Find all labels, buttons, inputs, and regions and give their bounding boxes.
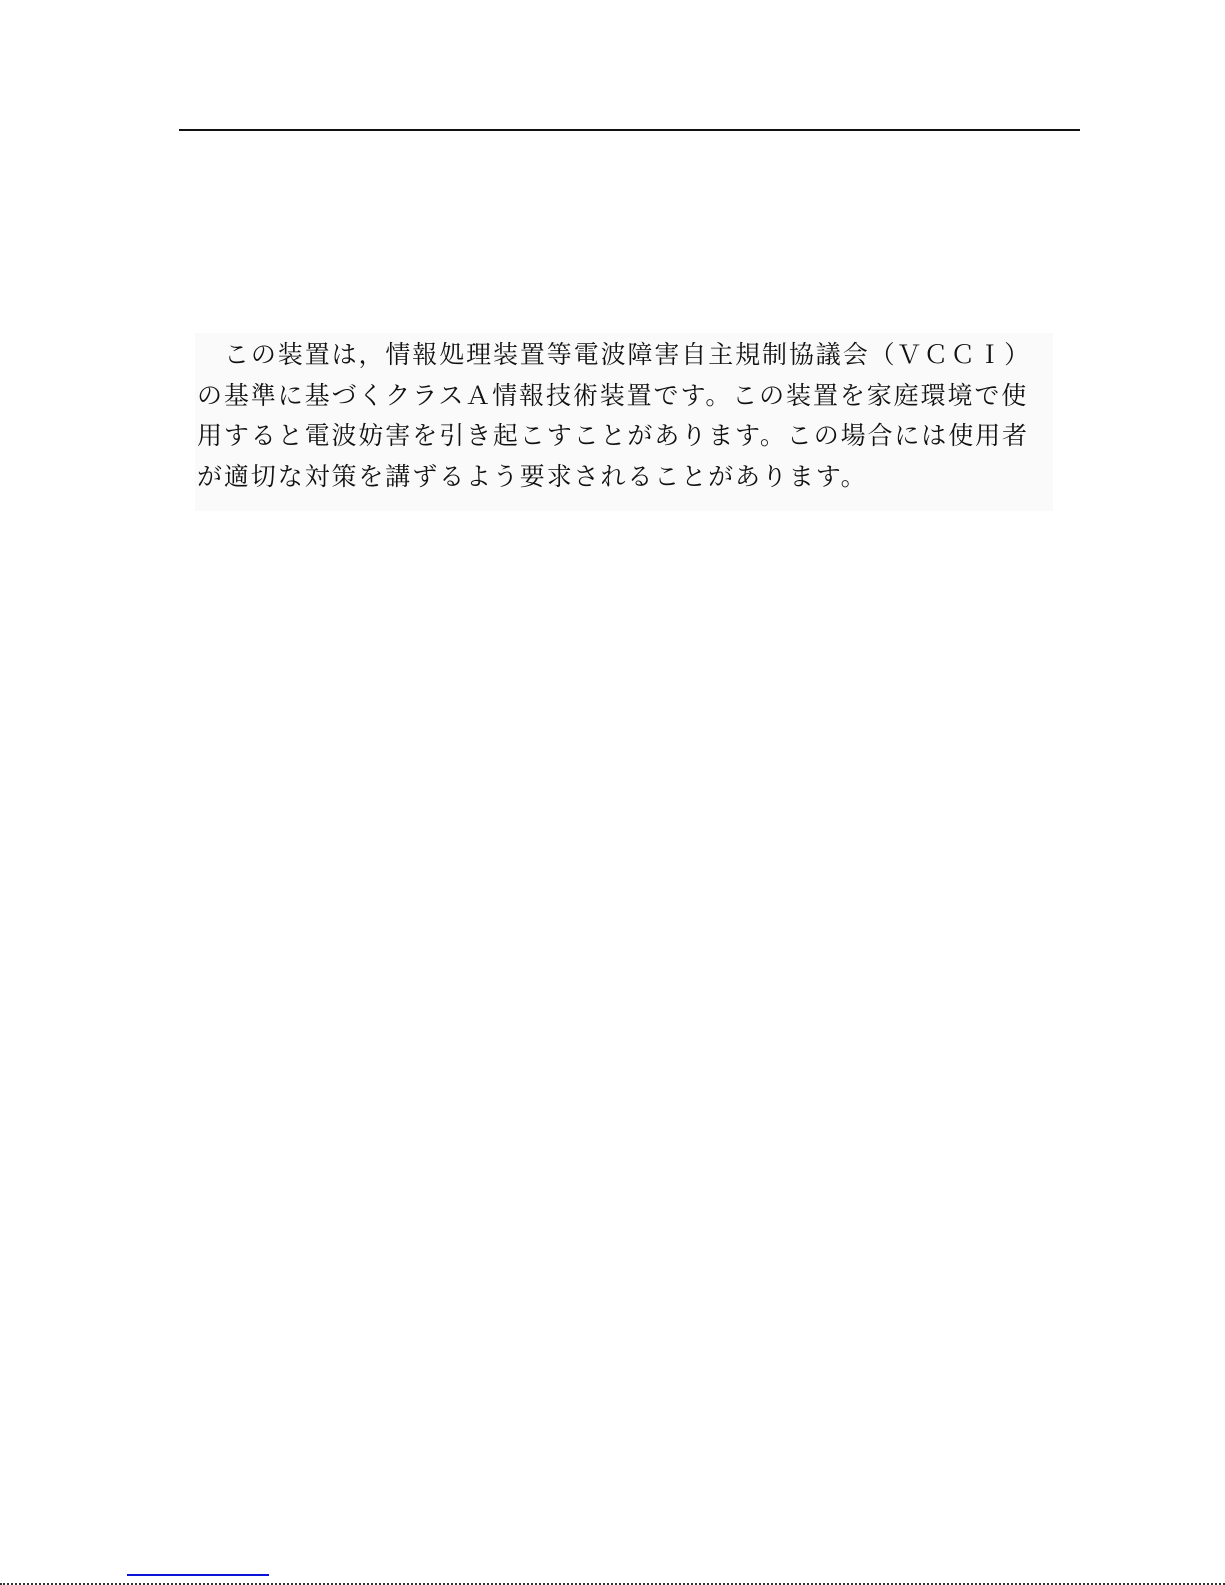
footer-link-underline[interactable] [127, 1574, 269, 1576]
header-rule [179, 129, 1080, 131]
vcci-notice-box: この装置は，情報処理装置等電波障害自主規制協議会（ＶＣＣＩ）の基準に基づくクラス… [195, 333, 1053, 511]
vcci-notice-text: この装置は，情報処理装置等電波障害自主規制協議会（ＶＣＣＩ）の基準に基づくクラス… [197, 335, 1049, 497]
